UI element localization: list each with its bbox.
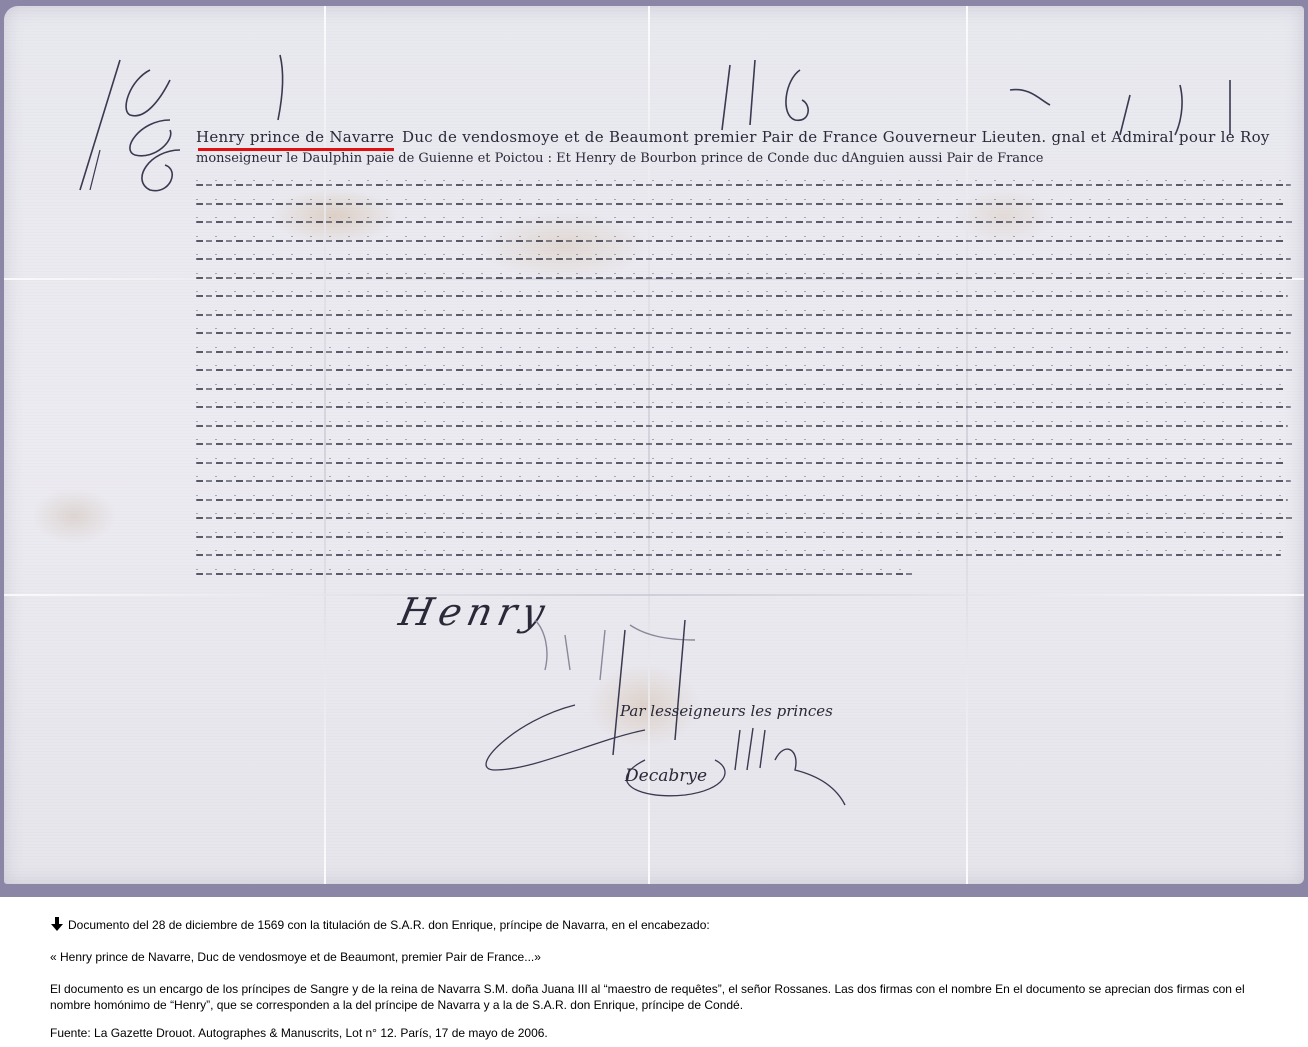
- caption-source: Fuente: La Gazette Drouot. Autographes &…: [50, 1025, 1280, 1041]
- manuscript-photo: Henry prince de Navarre Duc de vendosmoy…: [0, 0, 1308, 897]
- caption-quote: « Henry prince de Navarre, Duc de vendos…: [50, 949, 1280, 965]
- manuscript-body-text: [196, 176, 1296, 583]
- caption-paragraph: El documento es un encargo de los prínci…: [50, 981, 1280, 1013]
- caption-intro: Documento del 28 de diciembre de 1569 co…: [50, 917, 1280, 933]
- arrow-down-icon: [50, 917, 64, 931]
- secretary-signature: Decabrye: [625, 766, 707, 786]
- manuscript-second-line: monseigneur le Daulphin paie de Guienne …: [196, 151, 1043, 166]
- caption-intro-text: Documento del 28 de diciembre de 1569 co…: [68, 918, 710, 932]
- fold-line: [4, 594, 1304, 596]
- heading-ascenders: [190, 45, 1300, 140]
- margin-flourish-mark: [60, 40, 200, 210]
- manuscript-heading-rest: Duc de vendosmoye et de Beaumont premier…: [402, 128, 1308, 146]
- underlined-title: Henry prince de Navarre: [196, 128, 394, 146]
- countersign-line: Par lesseigneurs les princes: [620, 702, 833, 720]
